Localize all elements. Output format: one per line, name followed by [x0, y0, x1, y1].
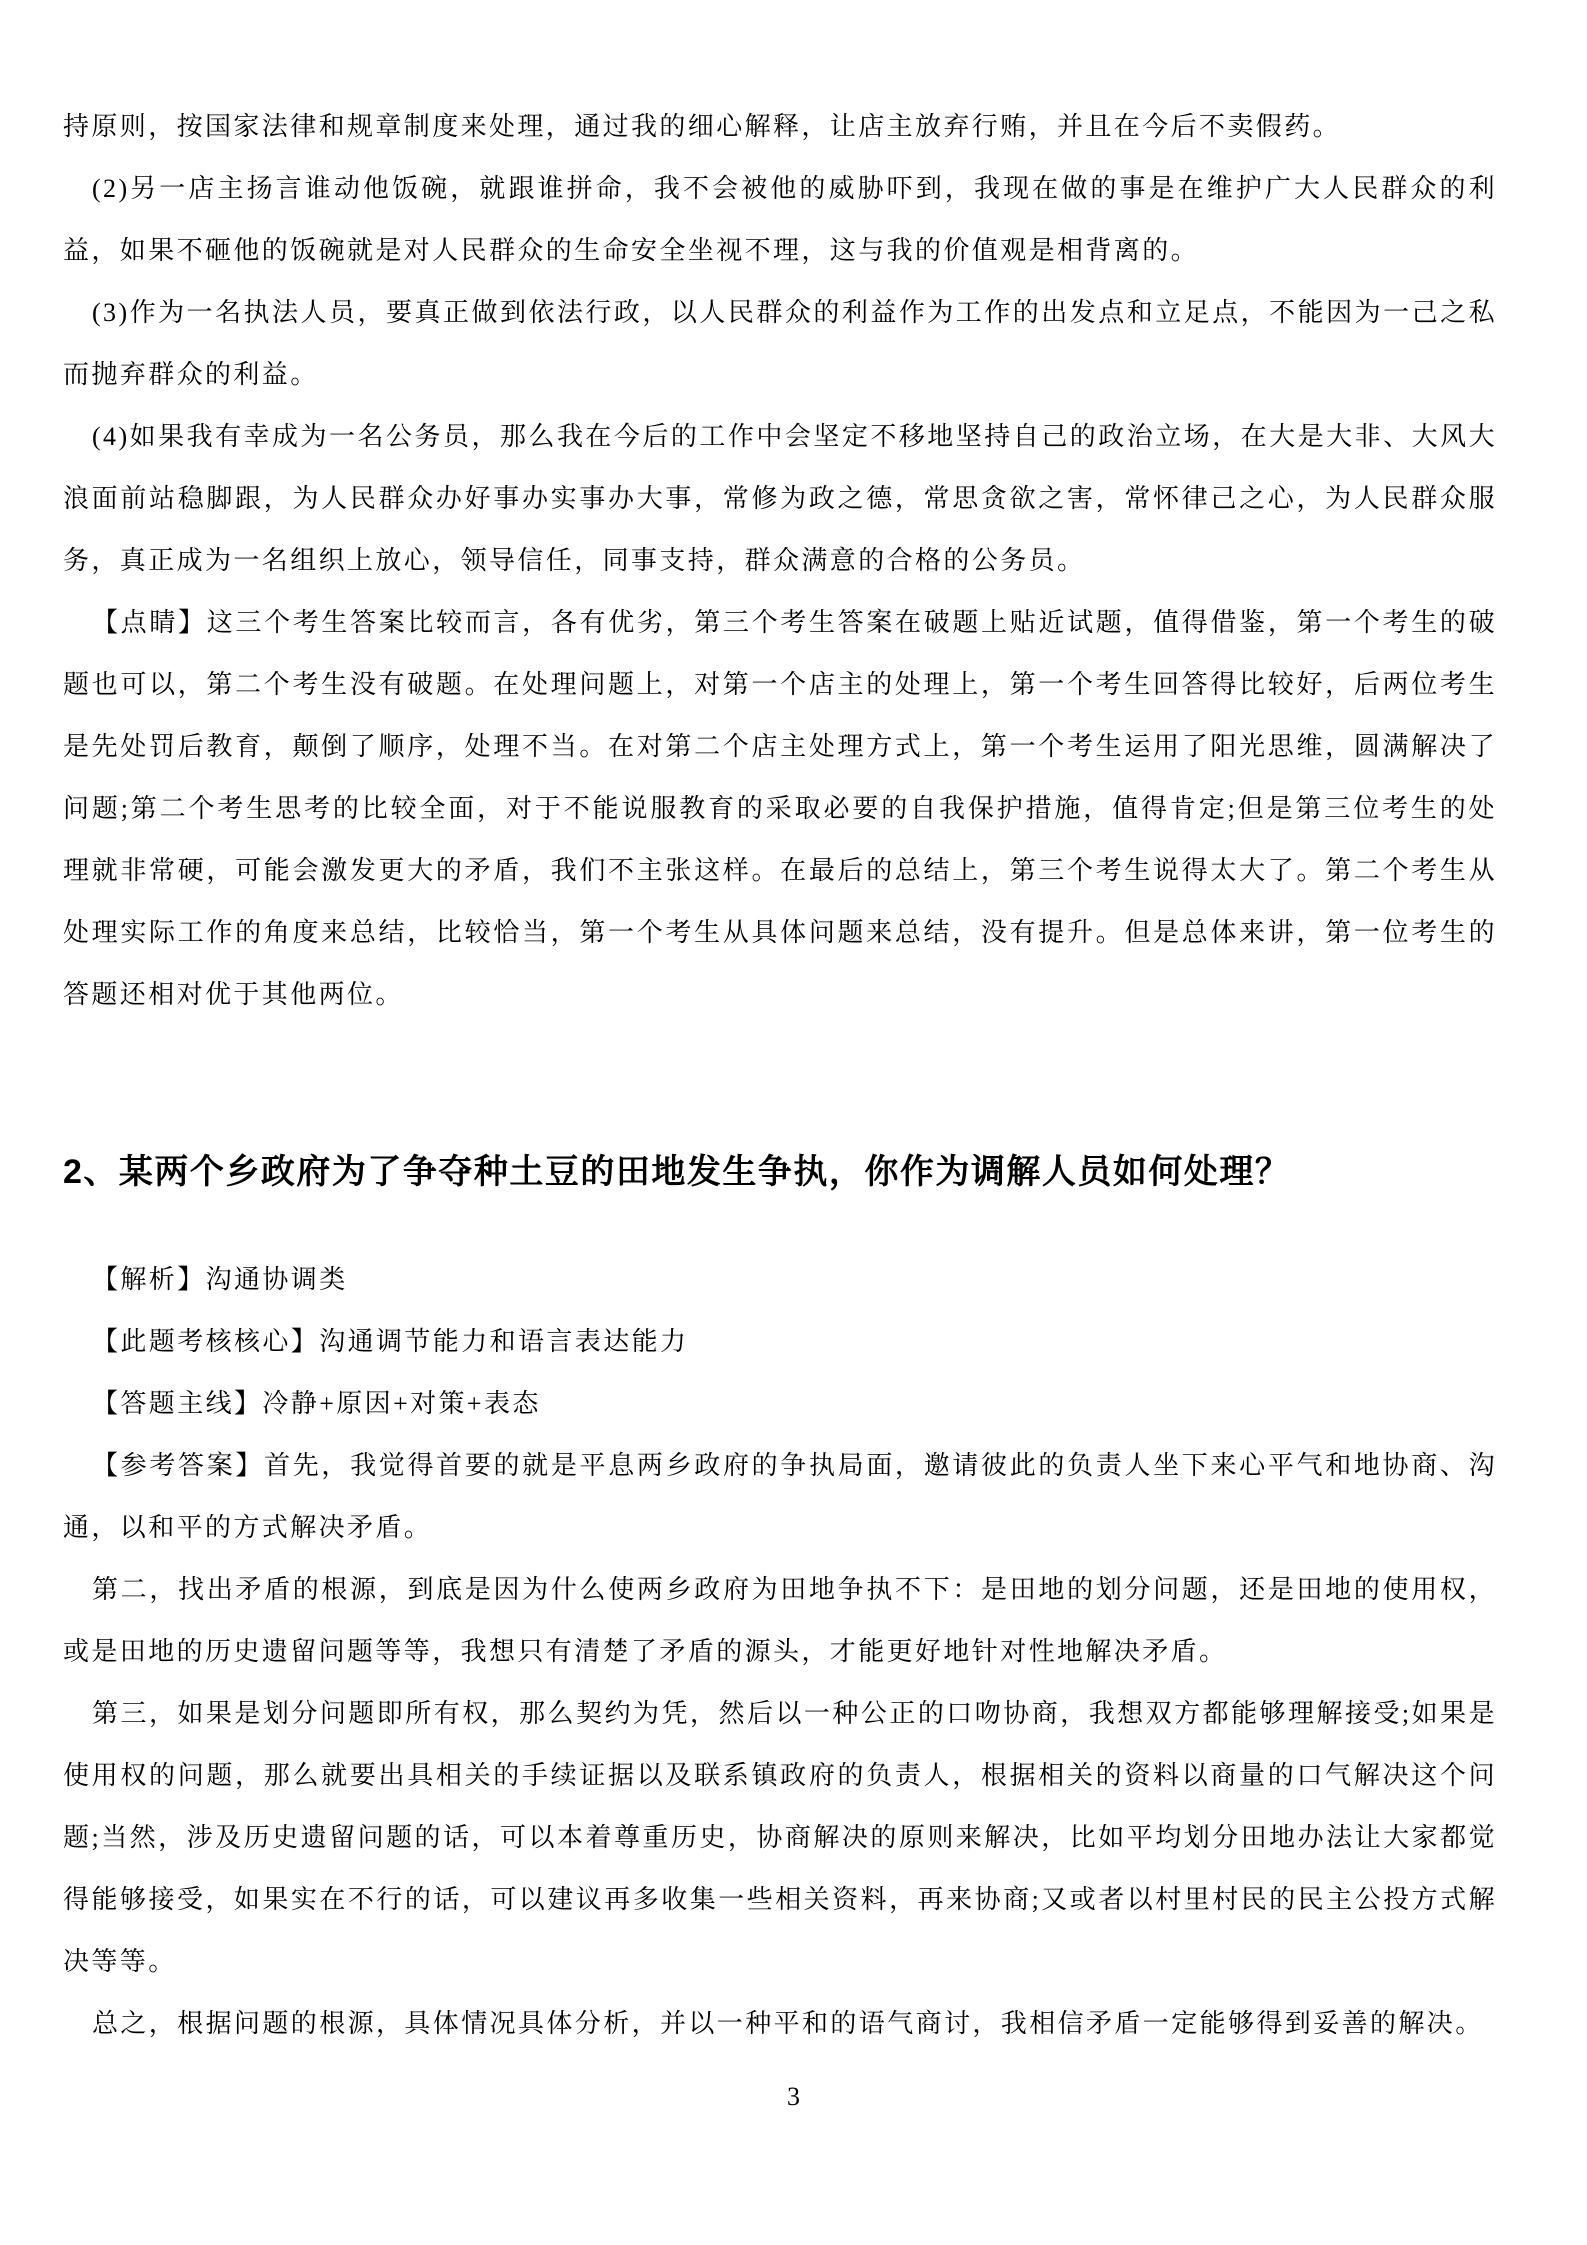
exam-core-paragraph: 【此题考核核心】沟通调节能力和语言表达能力 [63, 1311, 1497, 1373]
answer-outline-paragraph: 【答题主线】冷静+原因+对策+表态 [63, 1373, 1497, 1435]
commentary-dianjing-paragraph: 【点睛】这三个考生答案比较而言，各有优劣，第三个考生答案在破题上贴近试题，值得借… [63, 592, 1497, 1026]
reference-answer-summary-paragraph: 总之，根据问题的根源，具体情况具体分析，并以一种平和的语气商讨，我相信矛盾一定能… [63, 1993, 1497, 2055]
reference-answer-first-paragraph: 【参考答案】首先，我觉得首要的就是平息两乡政府的争执局面，邀请彼此的负责人坐下来… [63, 1435, 1497, 1559]
reference-answer-second-paragraph: 第二，找出矛盾的根源，到底是因为什么使两乡政府为田地争执不下：是田地的划分问题，… [63, 1559, 1497, 1683]
question-2-heading: 2、某两个乡政府为了争夺种土豆的田地发生争执，你作为调解人员如何处理？ [63, 1141, 1497, 1203]
analysis-label-paragraph: 【解析】沟通协调类 [63, 1249, 1497, 1311]
document-page: 持原则，按国家法律和规章制度来处理，通过我的细心解释，让店主放弃行贿，并且在今后… [0, 0, 1587, 2245]
page-number: 3 [0, 2066, 1587, 2128]
answer-continuation-paragraph: 持原则，按国家法律和规章制度来处理，通过我的细心解释，让店主放弃行贿，并且在今后… [63, 96, 1497, 158]
answer-point-4-paragraph: (4)如果我有幸成为一名公务员，那么我在今后的工作中会坚定不移地坚持自己的政治立… [63, 406, 1497, 592]
page-content: 持原则，按国家法律和规章制度来处理，通过我的细心解释，让店主放弃行贿，并且在今后… [63, 96, 1497, 2055]
answer-point-3-paragraph: (3)作为一名执法人员，要真正做到依法行政，以人民群众的利益作为工作的出发点和立… [63, 282, 1497, 406]
answer-point-2-paragraph: (2)另一店主扬言谁动他饭碗，就跟谁拼命，我不会被他的威胁吓到，我现在做的事是在… [63, 158, 1497, 282]
reference-answer-third-paragraph: 第三，如果是划分问题即所有权，那么契约为凭，然后以一种公正的口吻协商，我想双方都… [63, 1683, 1497, 1993]
